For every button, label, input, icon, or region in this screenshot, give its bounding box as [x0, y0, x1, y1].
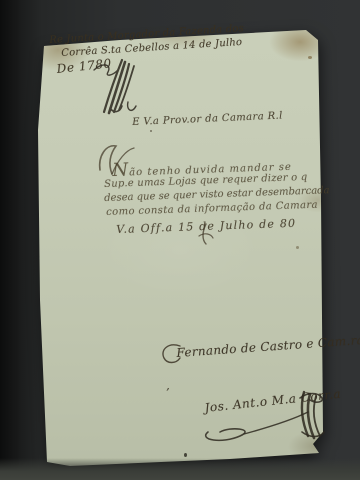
foxing-dot	[308, 56, 312, 59]
ink-speck	[184, 453, 187, 457]
signature-paraph-icon	[196, 388, 334, 446]
signature-capital-loop-icon	[156, 340, 186, 370]
ink-flourish-rubric-icon	[92, 56, 144, 116]
foxing-dot	[296, 246, 299, 249]
ink-speck	[150, 130, 152, 132]
ink-comma-mark: ’	[166, 386, 170, 399]
background-bottom-band	[0, 458, 360, 480]
scanned-document-photo: Re Junta o Morgador da Fazenda dos Corrê…	[0, 0, 360, 480]
dateline-flourish-icon	[195, 222, 217, 246]
